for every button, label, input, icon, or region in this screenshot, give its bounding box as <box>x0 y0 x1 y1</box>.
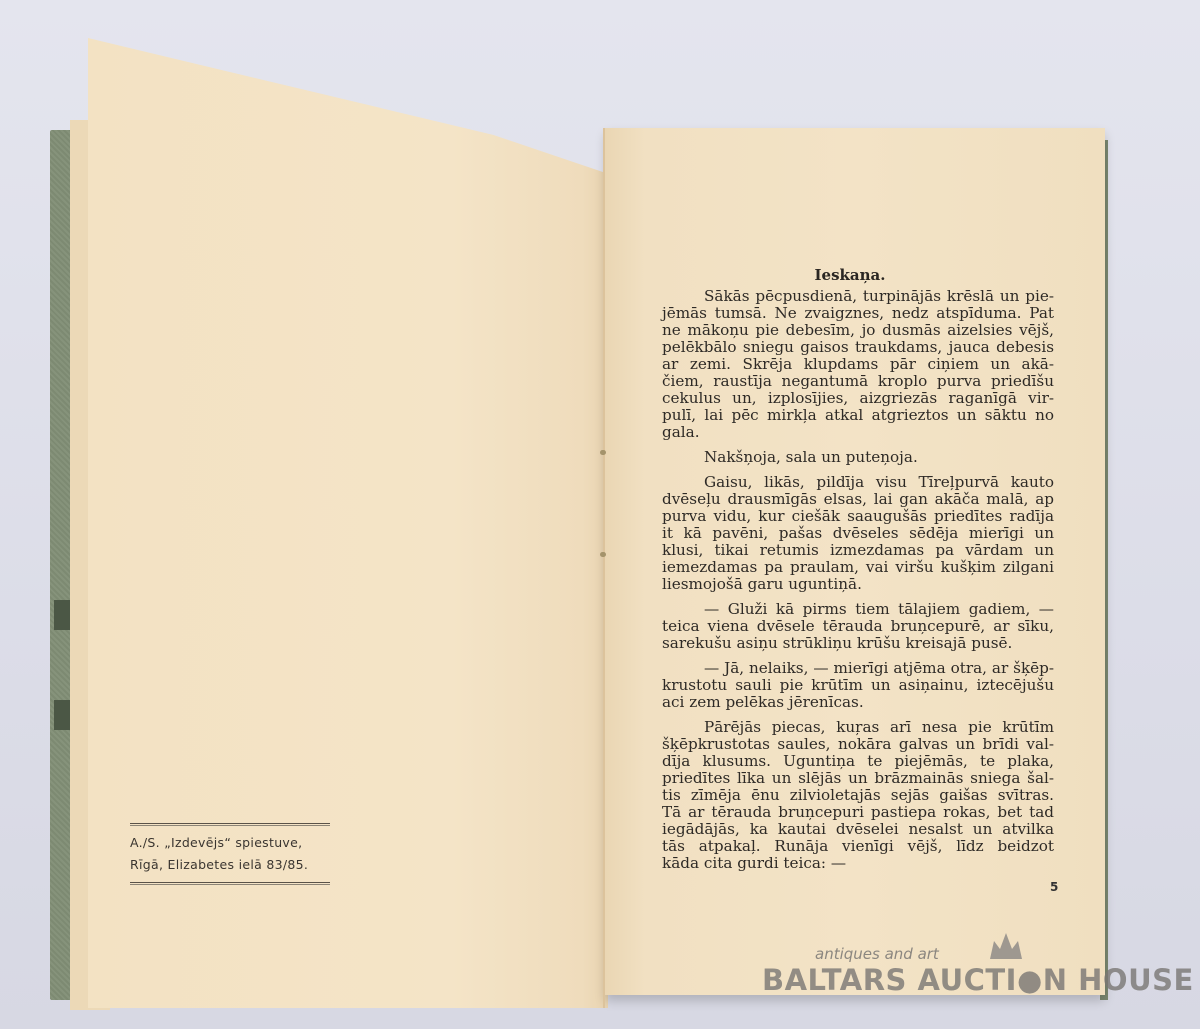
text-line: jēmās tumsā. Ne zvaigznes, nedz atspīdum… <box>662 305 1054 322</box>
watermark-name: BALTARS AUCTI●N HOUSE <box>762 963 1194 997</box>
imprint-line-1: A./S. „Izdevējs“ spiestuve, <box>130 832 330 854</box>
book-gutter <box>603 128 605 1008</box>
text-line: Tā ar tērauda bruņcepuri pastiepa rokas,… <box>662 804 1054 821</box>
text-line: iemezdamas pa praulam, vai viršu kušķim … <box>662 559 1054 576</box>
text-line: teica viena dvēsele tērauda bruņcepurē, … <box>662 618 1054 635</box>
paragraph: Sākās pēcpusdienā, turpinājās krēslā un … <box>662 288 1054 441</box>
text-line: gala. <box>662 424 1054 441</box>
text-line: krustotu sauli pie krūtīm un asiņainu, i… <box>662 677 1054 694</box>
imprint-line-2: Rīgā, Elizabetes ielā 83/85. <box>130 854 330 876</box>
body-text: Sākās pēcpusdienā, turpinājās krēslā un … <box>662 288 1054 880</box>
text-line: šķēpkrustotas saules, nokāra galvas un b… <box>662 736 1054 753</box>
text-line: liesmojošā garu uguntiņā. <box>662 576 1054 593</box>
watermark-tagline: antiques and art <box>815 945 939 963</box>
text-line: aci zem pelēkas jērenīcas. <box>662 694 1054 711</box>
text-line: cekulus un, izplosījies, aizgriezās raga… <box>662 390 1054 407</box>
auction-house-watermark: antiques and art BALTARS AUCTI●N HOUSE <box>720 945 1170 1005</box>
text-line: čiem, raustīja negantumā kroplo purva pr… <box>662 373 1054 390</box>
binding-stitch <box>600 552 606 557</box>
text-line: purva vidu, kur ciešāk saaugušās priedīt… <box>662 508 1054 525</box>
text-line: ar zemi. Skrēja klupdams pār ciņiem un a… <box>662 356 1054 373</box>
text-line: Nakšņoja, sala un puteņoja. <box>662 449 1054 466</box>
printer-imprint: A./S. „Izdevējs“ spiestuve, Rīgā, Elizab… <box>130 823 330 885</box>
text-line: sarekušu asiņu strūkliņu krūšu kreisajā … <box>662 635 1054 652</box>
page-number: 5 <box>1050 880 1058 894</box>
text-line: priedītes līka un slējās un brāzmainās s… <box>662 770 1054 787</box>
text-line: klusi, tikai retumis izmezdamas pa vārda… <box>662 542 1054 559</box>
binding-stitch <box>600 450 606 455</box>
text-line: tis zīmēja ēnu zilvioletajās sejās gaiša… <box>662 787 1054 804</box>
text-line: tās atpakaļ. Runāja vienīgi vējš, līdz b… <box>662 838 1054 855</box>
text-line: dvēseļu drausmīgās elsas, lai gan akāča … <box>662 491 1054 508</box>
paragraph: — Gluži kā pirms tiem tālajiem gadiem, —… <box>662 601 1054 652</box>
paragraph: Gaisu, likās, pildīja visu Tīreļpurvā ka… <box>662 474 1054 593</box>
text-line: kāda cita gurdi teica: — <box>662 855 1054 872</box>
text-line: dīja klusums. Uguntiņa te piejēmās, te p… <box>662 753 1054 770</box>
text-line: it kā pavēni, pašas dvēseles sēdēja mier… <box>662 525 1054 542</box>
text-line: pulī, lai pēc mirkļa atkal atgrieztos un… <box>662 407 1054 424</box>
text-line: Pārējās piecas, kuŗas arī nesa pie krūtī… <box>662 719 1054 736</box>
imprint-rule-bottom <box>130 882 330 885</box>
text-line: ne mākoņu pie debesīm, jo dusmās aizelsi… <box>662 322 1054 339</box>
text-line: Gaisu, likās, pildīja visu Tīreļpurvā ka… <box>662 474 1054 491</box>
text-line: Sākās pēcpusdienā, turpinājās krēslā un … <box>662 288 1054 305</box>
paragraph: — Jā, nelaiks, — mierīgi atjēma otra, ar… <box>662 660 1054 711</box>
paragraph: Nakšņoja, sala un puteņoja. <box>662 449 1054 466</box>
chapter-heading: Ieskaņa. <box>600 266 1100 284</box>
text-line: pelēkbālo sniegu gaisos traukdams, jauca… <box>662 339 1054 356</box>
text-line: — Jā, nelaiks, — mierīgi atjēma otra, ar… <box>662 660 1054 677</box>
imprint-rule-top <box>130 823 330 826</box>
text-line: — Gluži kā pirms tiem tālajiem gadiem, — <box>662 601 1054 618</box>
crown-icon <box>988 931 1024 961</box>
paragraph: Pārējās piecas, kuŗas arī nesa pie krūtī… <box>662 719 1054 872</box>
text-line: iegādājās, ka kautai dvēselei nesalst un… <box>662 821 1054 838</box>
